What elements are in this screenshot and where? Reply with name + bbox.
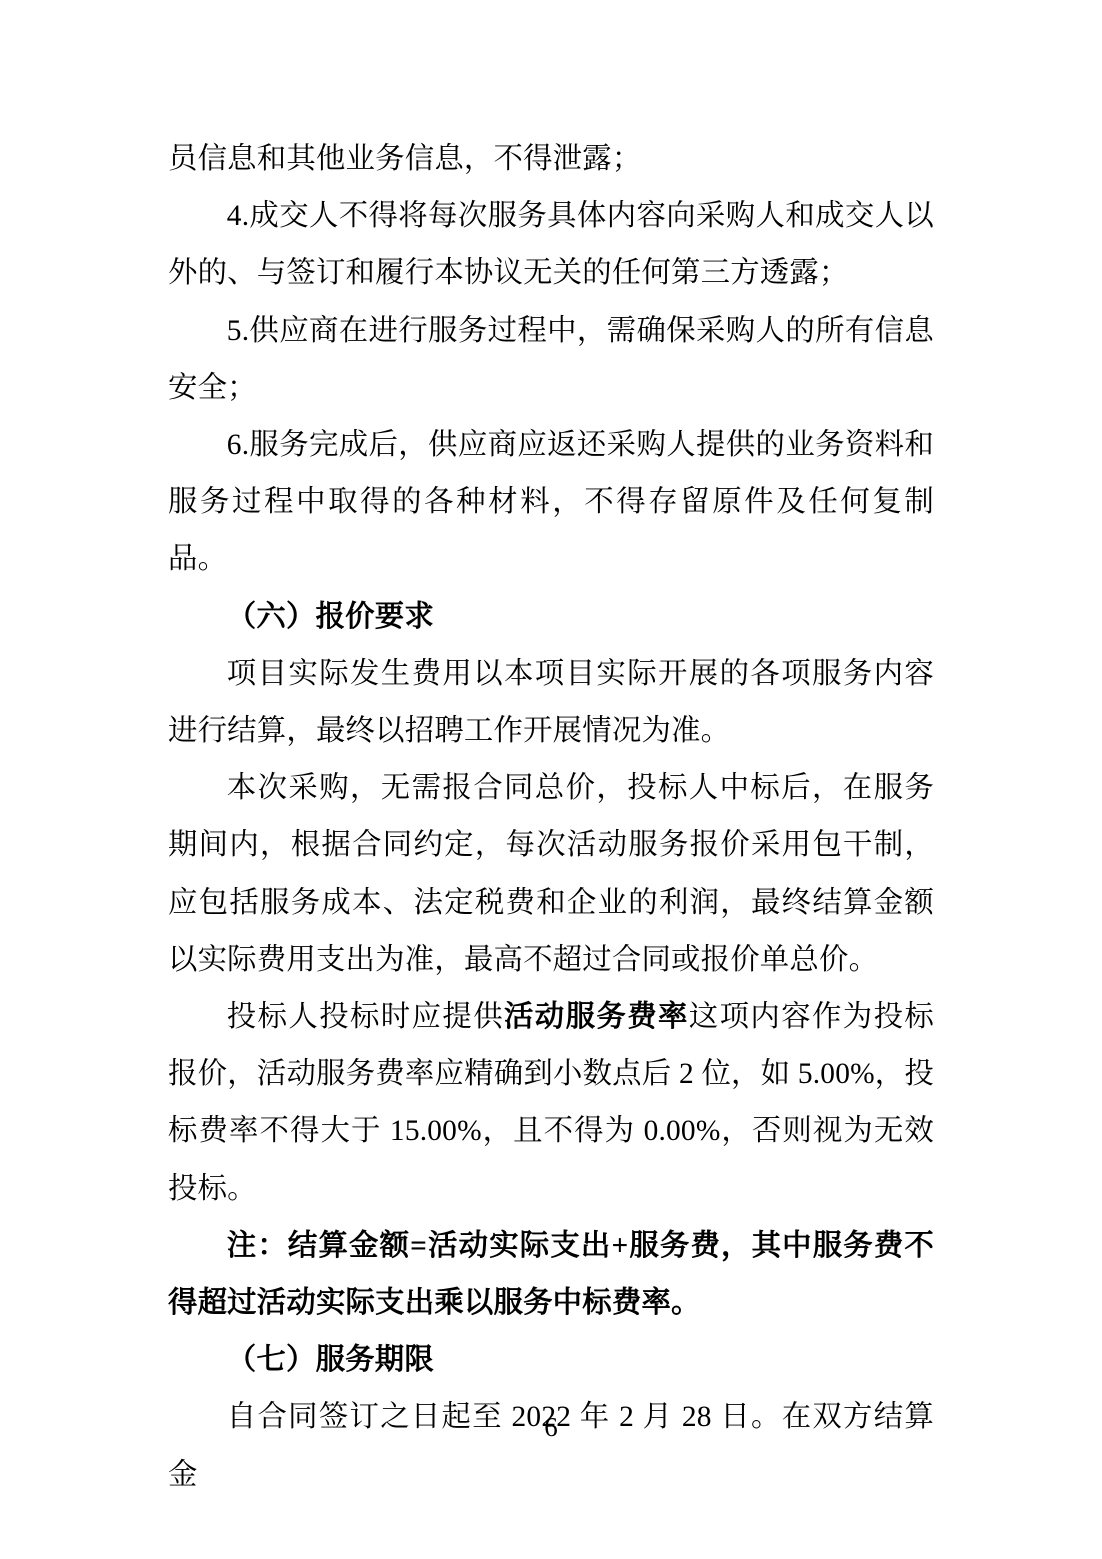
paragraph-item-5-run: 5.供应商在进行服务过程中，需确保采购人的所有信息安全； (168, 315, 934, 404)
paragraph-pricing-method: 本次采购，无需报合同总价，投标人中标后，在服务期间内，根据合同约定，每次活动服务… (168, 760, 934, 989)
paragraph-pricing-method-run: 本次采购，无需报合同总价，投标人中标后，在服务期间内，根据合同约定，每次活动服务… (168, 772, 934, 976)
heading-section-6-quotation-requirements-run: （六）报价要求 (227, 601, 434, 633)
paragraph-settlement-basis-run: 项目实际发生费用以本项目实际开展的各项服务内容进行结算，最终以招聘工作开展情况为… (168, 658, 934, 747)
document-body: 员信息和其他业务信息，不得泄露；4.成交人不得将每次服务具体内容向采购人和成交人… (168, 131, 934, 1504)
paragraph-item-6-run: 6.服务完成后，供应商应返还采购人提供的业务资料和服务过程中取得的各种材料，不得… (168, 429, 934, 575)
paragraph-service-period: 自合同签订之日起至 2022 年 2 月 28 日。在双方结算金 (168, 1389, 934, 1503)
page-number-footer: 6 (0, 1410, 1102, 1444)
paragraph-settlement-note-run: 注：结算金额=活动实际支出+服务费，其中服务费不得超过活动实际支出乘以服务中标费… (168, 1230, 934, 1319)
paragraph-bid-rate-requirements: 投标人投标时应提供活动服务费率这项内容作为投标报价，活动服务费率应精确到小数点后… (168, 989, 934, 1218)
heading-section-6-quotation-requirements: （六）报价要求 (168, 589, 934, 646)
paragraph-bid-rate-requirements-run: 投标人投标时应提供 (227, 1001, 504, 1033)
paragraph-bid-rate-requirements-run: 活动服务费率 (504, 1001, 689, 1033)
paragraph-settlement-note: 注：结算金额=活动实际支出+服务费，其中服务费不得超过活动实际支出乘以服务中标费… (168, 1218, 934, 1332)
paragraph-item-4-run: 4.成交人不得将每次服务具体内容向采购人和成交人以外的、与签订和履行本协议无关的… (168, 200, 934, 289)
paragraph-confidentiality-continuation-run: 员信息和其他业务信息，不得泄露； (168, 143, 641, 175)
document-page: 员信息和其他业务信息，不得泄露；4.成交人不得将每次服务具体内容向采购人和成交人… (0, 0, 1102, 1559)
paragraph-item-4: 4.成交人不得将每次服务具体内容向采购人和成交人以外的、与签订和履行本协议无关的… (168, 188, 934, 302)
paragraph-item-6: 6.服务完成后，供应商应返还采购人提供的业务资料和服务过程中取得的各种材料，不得… (168, 417, 934, 589)
heading-section-7-service-period-run: （七）服务期限 (227, 1344, 434, 1376)
paragraph-confidentiality-continuation: 员信息和其他业务信息，不得泄露； (168, 131, 934, 188)
paragraph-item-5: 5.供应商在进行服务过程中，需确保采购人的所有信息安全； (168, 303, 934, 417)
heading-section-7-service-period: （七）服务期限 (168, 1332, 934, 1389)
paragraph-settlement-basis: 项目实际发生费用以本项目实际开展的各项服务内容进行结算，最终以招聘工作开展情况为… (168, 646, 934, 760)
